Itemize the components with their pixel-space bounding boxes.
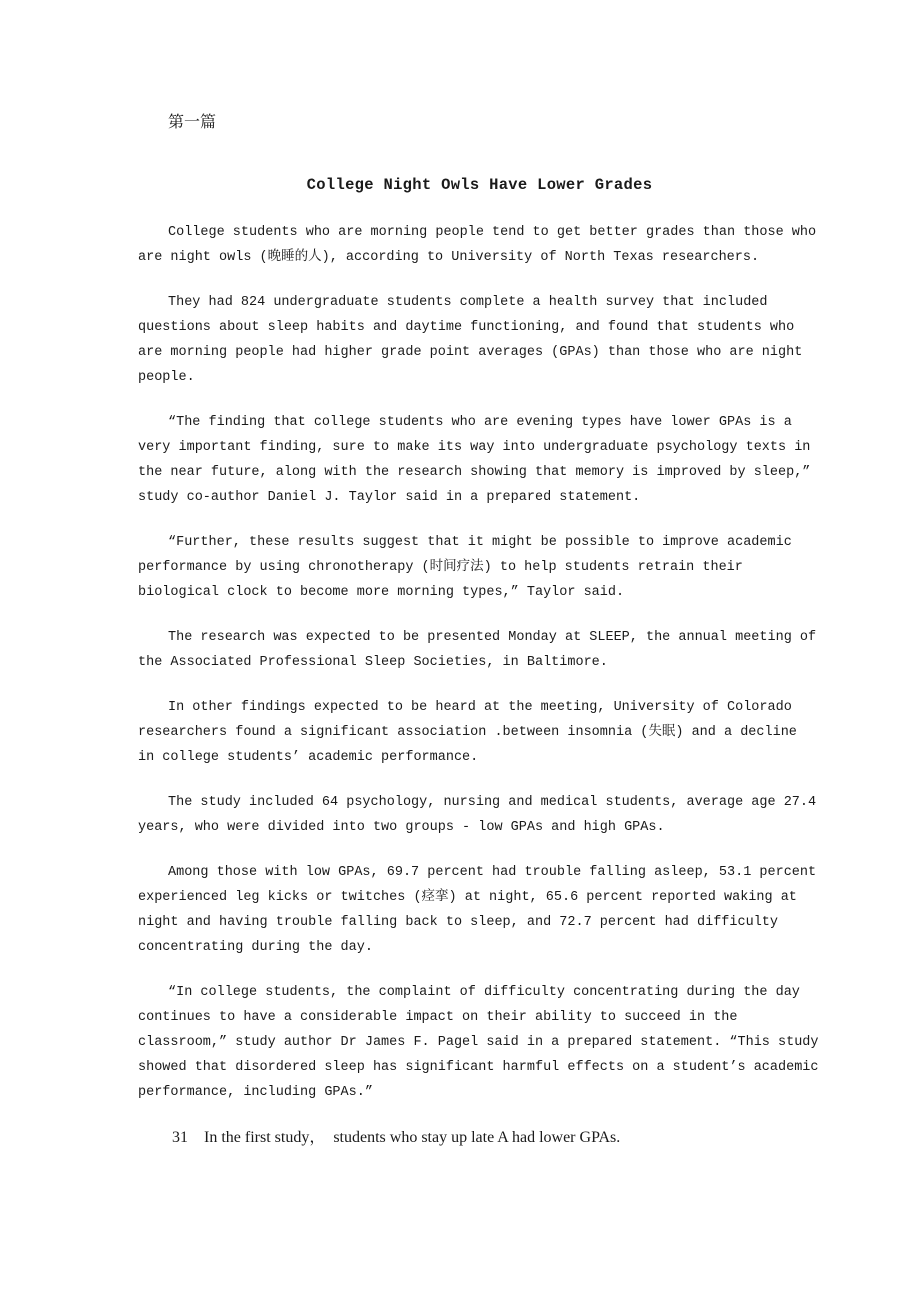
article-paragraph-6: In other findings expected to be heard a… [138,695,821,770]
article-paragraph-9: “In college students, the complaint of d… [138,980,821,1105]
article-content: 第一篇 College Night Owls Have Lower Grades… [138,110,821,1150]
question-31: 31In the first study， students who stay … [138,1125,821,1150]
article-paragraph-7: The study included 64 psychology, nursin… [138,790,821,840]
question-number: 31 [172,1125,188,1150]
document-page: 第一篇 College Night Owls Have Lower Grades… [0,0,920,1302]
article-title: College Night Owls Have Lower Grades [138,173,821,198]
article-paragraph-5: The research was expected to be presente… [138,625,821,675]
section-label: 第一篇 [168,110,821,135]
article-paragraph-8: Among those with low GPAs, 69.7 percent … [138,860,821,960]
question-text: In the first study， students who stay up… [204,1129,620,1146]
article-paragraph-4: “Further, these results suggest that it … [138,530,821,605]
article-paragraph-3: “The finding that college students who a… [138,410,821,510]
article-paragraph-1: College students who are morning people … [138,220,821,270]
article-paragraph-2: They had 824 undergraduate students comp… [138,290,821,390]
